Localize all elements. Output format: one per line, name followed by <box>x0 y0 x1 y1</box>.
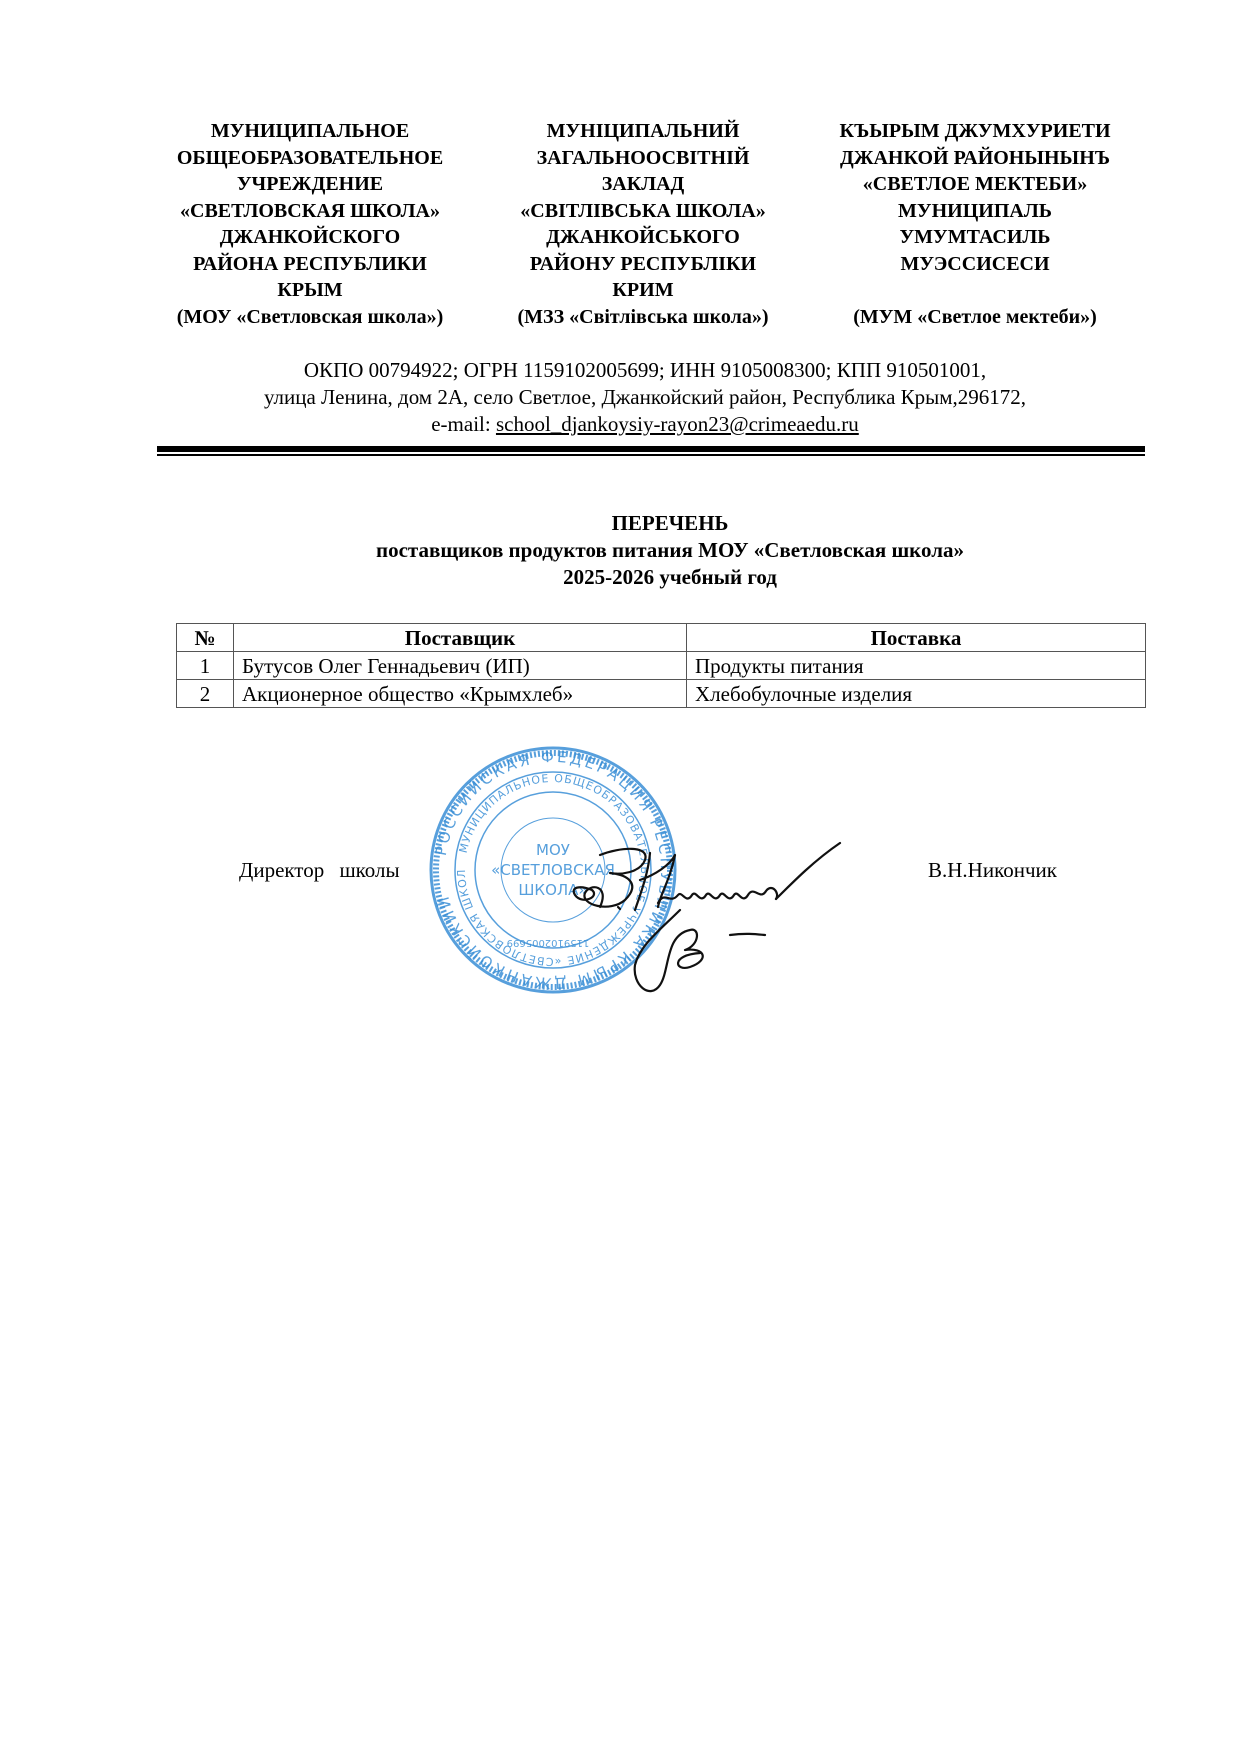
letterhead-line: МУНИЦИПАЛЬНОЕ <box>150 118 470 145</box>
letterhead-line: УМУМТАСИЛЬ <box>810 224 1140 251</box>
letterhead-crimean-tatar: КЪЫРЫМ ДЖУМХУРИЕТИ ДЖАНКОЙ РАЙОНЫНЫНЪ «С… <box>810 118 1140 330</box>
letterhead-line: РАЙОНУ РЕСПУБЛІКИ <box>483 251 803 278</box>
letterhead-line: ДЖАНКОЙСКОГО <box>150 224 470 251</box>
svg-text:МУНИЦИПАЛЬНОЕ ОБЩЕОБРАЗОВАТЕЛЬ: МУНИЦИПАЛЬНОЕ ОБЩЕОБРАЗОВАТЕЛЬНОЕ УЧРЕЖД… <box>428 745 651 968</box>
letterhead-abbr: (МЗЗ «Світлівська школа») <box>483 304 803 331</box>
letterhead-line: РАЙОНА РЕСПУБЛИКИ <box>150 251 470 278</box>
svg-text:«СВЕТЛОВСКАЯ: «СВЕТЛОВСКАЯ <box>491 861 615 879</box>
director-position: Директор школы <box>239 858 400 883</box>
letterhead-line: КЪЫРЫМ ДЖУМХУРИЕТИ <box>810 118 1140 145</box>
column-header-supplier: Поставщик <box>234 624 687 652</box>
letterhead-line: ДЖАНКОЙСЬКОГО <box>483 224 803 251</box>
letterhead-line: ЗАГАЛЬНООСВІТНІЙ <box>483 145 803 172</box>
column-header-supply: Поставка <box>687 624 1146 652</box>
letterhead-line: ЗАКЛАД <box>483 171 803 198</box>
letterhead-line: КРЫМ <box>150 277 470 304</box>
letterhead-line: ОБЩЕОБРАЗОВАТЕЛЬНОЕ <box>150 145 470 172</box>
letterhead-abbr: (МУМ «Светлое мектеби») <box>810 304 1140 331</box>
header-divider-thick <box>157 446 1145 452</box>
letterhead-line: МУЭССИСЕСИ <box>810 251 1140 278</box>
spacer <box>810 277 1140 304</box>
requisites-email-line: e-mail: school_djankoysiy-rayon23@crimea… <box>150 411 1140 438</box>
document-title: ПЕРЕЧЕНЬ <box>190 510 1150 537</box>
letterhead-abbr: (МОУ «Светловская школа») <box>150 304 470 331</box>
email-label: e-mail: <box>431 412 496 436</box>
table-row: 2 Акционерное общество «Крымхлеб» Хлебоб… <box>177 680 1146 708</box>
letterhead-line: МУНИЦИПАЛЬ <box>810 198 1140 225</box>
letterhead-line: МУНІЦИПАЛЬНИЙ <box>483 118 803 145</box>
column-header-number: № <box>177 624 234 652</box>
letterhead-ukrainian: МУНІЦИПАЛЬНИЙ ЗАГАЛЬНООСВІТНІЙ ЗАКЛАД «С… <box>483 118 803 330</box>
svg-text:МОУ: МОУ <box>536 841 570 859</box>
letterhead-line: КРИМ <box>483 277 803 304</box>
requisites-address: улица Ленина, дом 2А, село Светлое, Джан… <box>150 384 1140 411</box>
email-link[interactable]: school_djankoysiy-rayon23@crimeaedu.ru <box>496 412 859 436</box>
handwritten-signature-icon <box>540 835 850 1015</box>
letterhead: МУНИЦИПАЛЬНОЕ ОБЩЕОБРАЗОВАТЕЛЬНОЕ УЧРЕЖД… <box>150 118 1140 330</box>
table-row: 1 Бутусов Олег Геннадьевич (ИП) Продукты… <box>177 652 1146 680</box>
table-header-row: № Поставщик Поставка <box>177 624 1146 652</box>
director-name: В.Н.Никончик <box>928 858 1057 883</box>
letterhead-russian: МУНИЦИПАЛЬНОЕ ОБЩЕОБРАЗОВАТЕЛЬНОЕ УЧРЕЖД… <box>150 118 470 330</box>
svg-text:РОССИЙСКАЯ ФЕДЕРАЦИЯ РЕСПУБЛИ: РОССИЙСКАЯ ФЕДЕРАЦИЯ РЕСПУБЛИКА КРЫМ ДЖА… <box>432 748 675 993</box>
official-stamp-icon: РОССИЙСКАЯ ФЕДЕРАЦИЯ РЕСПУБЛИКА КРЫМ ДЖА… <box>428 745 678 995</box>
document-subtitle: поставщиков продуктов питания МОУ «Светл… <box>190 537 1150 564</box>
svg-text:1159102005699: 1159102005699 <box>507 937 590 948</box>
letterhead-line: УЧРЕЖДЕНИЕ <box>150 171 470 198</box>
letterhead-line: «СВЕТЛОЕ МЕКТЕБИ» <box>810 171 1140 198</box>
document-period: 2025-2026 учебный год <box>190 564 1150 591</box>
cell-supplier: Бутусов Олег Геннадьевич (ИП) <box>234 652 687 680</box>
requisites-codes: ОКПО 00794922; ОГРН 1159102005699; ИНН 9… <box>150 357 1140 384</box>
requisites: ОКПО 00794922; ОГРН 1159102005699; ИНН 9… <box>150 357 1140 438</box>
letterhead-line: «СВЕТЛОВСКАЯ ШКОЛА» <box>150 198 470 225</box>
header-divider-thin <box>157 454 1145 456</box>
letterhead-line: «СВІТЛІВСЬКА ШКОЛА» <box>483 198 803 225</box>
cell-supplier: Акционерное общество «Крымхлеб» <box>234 680 687 708</box>
cell-number: 1 <box>177 652 234 680</box>
svg-text:ШКОЛА»: ШКОЛА» <box>518 881 587 899</box>
letterhead-line: ДЖАНКОЙ РАЙОНЫНЫНЪ <box>810 145 1140 172</box>
document-title-block: ПЕРЕЧЕНЬ поставщиков продуктов питания М… <box>150 510 1150 591</box>
cell-supply: Хлебобулочные изделия <box>687 680 1146 708</box>
suppliers-table: № Поставщик Поставка 1 Бутусов Олег Генн… <box>176 623 1146 708</box>
cell-number: 2 <box>177 680 234 708</box>
cell-supply: Продукты питания <box>687 652 1146 680</box>
